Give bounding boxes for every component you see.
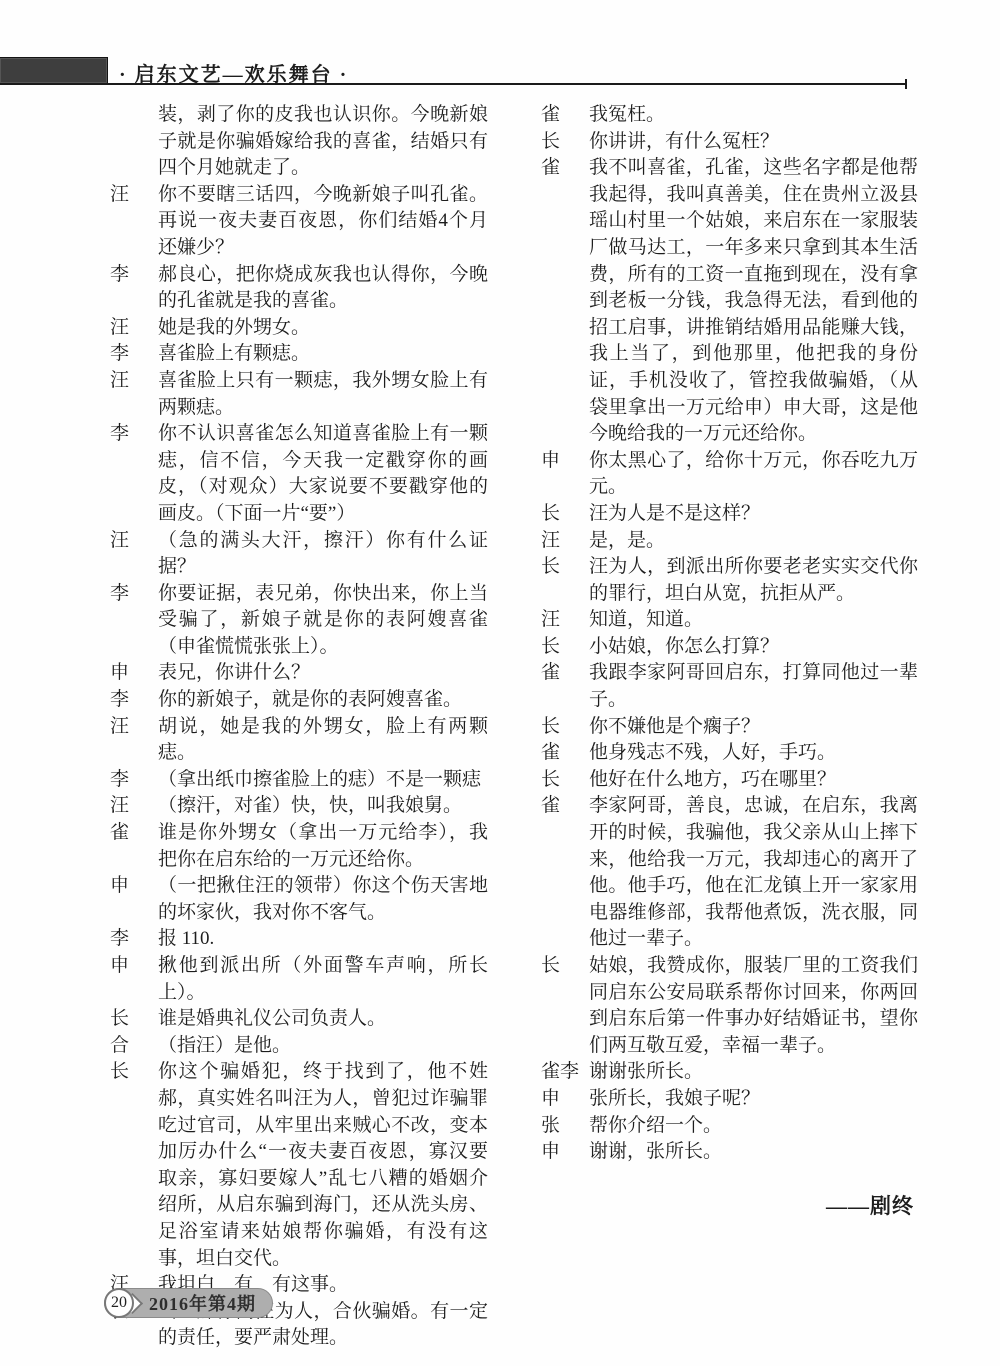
- speaker-label: 李: [110, 926, 158, 953]
- dialogue-line: 长 你不嫌他是个瘸子？: [541, 714, 918, 741]
- dialogue-text: 他好在什么地方，巧在哪里？: [589, 767, 918, 794]
- dialogue-line: 雀 他身残志不残，人好，手巧。: [541, 740, 918, 767]
- dialogue-line: 汪 是，是。: [541, 528, 918, 555]
- dialogue-text: 我跟李家阿哥回启东，打算同他过一辈子。: [589, 660, 918, 713]
- dialogue-text: 你不要瞎三话四，今晚新娘子叫孔雀。再说一夜夫妻百夜恩，你们结婚4个月还嫌少？: [158, 182, 488, 262]
- speaker-label: 雀李: [541, 1059, 589, 1086]
- speaker-label: 李: [110, 767, 158, 794]
- speaker-label: 汪: [541, 607, 589, 634]
- dialogue-text: 装，剥了你的皮我也认识你。今晚新娘子就是你骗婚嫁给我的喜雀，结婚只有四个月她就走…: [158, 102, 488, 182]
- dialogue-text: （一把揪住汪的领带）你这个伤天害地的坏家伙，我对你不客气。: [158, 873, 488, 926]
- speaker-label: 雀: [541, 102, 589, 129]
- dialogue-line: 雀李 谢谢张所长。: [541, 1059, 918, 1086]
- speaker-label: 长: [541, 501, 589, 528]
- dialogue-line: 汪 （擦汗，对雀）快，快，叫我娘舅。: [110, 793, 488, 820]
- dialogue-text: 我冤枉。: [589, 102, 918, 129]
- dialogue-line: 雀 我不叫喜雀，孔雀，这些名字都是他帮我起得，我叫真善美，住在贵州立汲县瑶山村里…: [541, 155, 918, 448]
- speaker-label: 申: [541, 448, 589, 475]
- speaker-label: 雀: [110, 820, 158, 847]
- speaker-label: 李: [110, 687, 158, 714]
- end-of-play-marker: ——剧终: [541, 1193, 918, 1220]
- dialogue-text: 张所长，我娘子呢？: [589, 1086, 918, 1113]
- dialogue-line: 汪 胡说，她是我的外甥女，脸上有两颗痣。: [110, 714, 488, 767]
- dialogue-text: 报 110.: [158, 926, 488, 953]
- script-column-right: 雀 我冤枉。 长 你讲讲，有什么冤枉？ 雀 我不叫喜雀，孔雀，这些名字都是他帮我…: [541, 102, 918, 1219]
- speaker-label: 张: [541, 1113, 589, 1140]
- magazine-page: · 启东文艺—欢乐舞台 · 装，剥了你的皮我也认识你。今晚新娘子就是你骗婚嫁给我…: [0, 0, 1000, 1366]
- dialogue-line: 申 谢谢，张所长。: [541, 1139, 918, 1166]
- dialogue-text: 表兄，你讲什么？: [158, 660, 488, 687]
- dialogue-line: 申 张所长，我娘子呢？: [541, 1086, 918, 1113]
- speaker-label: 长: [110, 1006, 158, 1033]
- dialogue-text: 谁是婚典礼仪公司负责人。: [158, 1006, 488, 1033]
- dialogue-line: 李 郝良心，把你烧成灰我也认得你，今晚的孔雀就是我的喜雀。: [110, 262, 488, 315]
- dialogue-text: 谁是你外甥女（拿出一万元给李），我把你在启东给的一万元还给你。: [158, 820, 488, 873]
- speaker-label: 汪: [541, 528, 589, 555]
- dialogue-line: 雀 我跟李家阿哥回启东，打算同他过一辈子。: [541, 660, 918, 713]
- speaker-label: 申: [110, 660, 158, 687]
- issue-label: 2016年第4期: [149, 1290, 256, 1316]
- dialogue-line: 长 你讲讲，有什么冤枉？: [541, 129, 918, 156]
- dialogue-text: 汪为人，到派出所你要老老实实交代你的罪行，坦白从宽，抗拒从严。: [589, 554, 918, 607]
- dialogue-text: 揪他到派出所（外面警车声响，所长上）。: [158, 953, 488, 1006]
- dialogue-line: 李 你的新娘子，就是你的表阿嫂喜雀。: [110, 687, 488, 714]
- dialogue-text: 帮你介绍一个。: [589, 1113, 918, 1140]
- dialogue-text: （指汪）是他。: [158, 1033, 488, 1060]
- dialogue-text: 胡说，她是我的外甥女，脸上有两颗痣。: [158, 714, 488, 767]
- dialogue-text: 她是我的外甥女。: [158, 315, 488, 342]
- dialogue-text: 谢谢，张所长。: [589, 1139, 918, 1166]
- speaker-label: 雀: [541, 660, 589, 687]
- dialogue-text: 是，是。: [589, 528, 918, 555]
- speaker-label: 合: [110, 1033, 158, 1060]
- dialogue-line: 长 你这个骗婚犯，终于找到了，他不姓郝，真实姓名叫汪为人，曾犯过诈骗罪吃过官司，…: [110, 1059, 488, 1272]
- speaker-label: 申: [541, 1139, 589, 1166]
- issue-pill: 20 2016年第4期: [104, 1288, 273, 1318]
- dialogue-text: 喜雀脸上只有一颗痣，我外甥女脸上有两颗痣。: [158, 368, 488, 421]
- dialogue-line: 李 你要证据，表兄弟，你快出来，你上当受骗了，新娘子就是你的表阿嫂喜雀（申雀慌慌…: [110, 581, 488, 661]
- dialogue-line: 长 小姑娘，你怎么打算？: [541, 634, 918, 661]
- speaker-label: 长: [541, 953, 589, 980]
- dialogue-text: 你讲讲，有什么冤枉？: [589, 129, 918, 156]
- speaker-label: 长: [541, 554, 589, 581]
- header-left-bar: [0, 57, 108, 83]
- dialogue-line: 汪 （急的满头大汗，擦汗）你有什么证据？: [110, 528, 488, 581]
- speaker-label: 申: [110, 873, 158, 900]
- dialogue-line: 汪 她是我的外甥女。: [110, 315, 488, 342]
- dialogue-line: 装，剥了你的皮我也认识你。今晚新娘子就是你骗婚嫁给我的喜雀，结婚只有四个月她就走…: [110, 102, 488, 182]
- speaker-label: 李: [110, 262, 158, 289]
- speaker-label: 汪: [110, 714, 158, 741]
- dialogue-text: 他身残志不残，人好，手巧。: [589, 740, 918, 767]
- speaker-label: 雀: [541, 793, 589, 820]
- speaker-label: 长: [541, 714, 589, 741]
- dialogue-line: 雀 李家阿哥，善良，忠诚，在启东，我离开的时候，我骗他，我父亲从山上摔下来，他给…: [541, 793, 918, 953]
- dialogue-line: 长 汪为人是不是这样？: [541, 501, 918, 528]
- speaker-label: 汪: [110, 315, 158, 342]
- dialogue-text: （擦汗，对雀）快，快，叫我娘舅。: [158, 793, 488, 820]
- speaker-label: 李: [110, 341, 158, 368]
- header-rule: [0, 83, 907, 85]
- dialogue-line: 申 （一把揪住汪的领带）你这个伤天害地的坏家伙，我对你不客气。: [110, 873, 488, 926]
- dialogue-text: （急的满头大汗，擦汗）你有什么证据？: [158, 528, 488, 581]
- dialogue-line: 长 谁是婚典礼仪公司负责人。: [110, 1006, 488, 1033]
- speaker-label: 汪: [110, 368, 158, 395]
- dialogue-line: 合 （指汪）是他。: [110, 1033, 488, 1060]
- dialogue-line: 张 帮你介绍一个。: [541, 1113, 918, 1140]
- dialogue-text: 知道，知道。: [589, 607, 918, 634]
- dialogue-text: 你太黑心了，给你十万元，你吞吃九万元。: [589, 448, 918, 501]
- dialogue-line: 申 表兄，你讲什么？: [110, 660, 488, 687]
- dialogue-line: 汪 喜雀脸上只有一颗痣，我外甥女脸上有两颗痣。: [110, 368, 488, 421]
- dialogue-text: 你的新娘子，就是你的表阿嫂喜雀。: [158, 687, 488, 714]
- speaker-label: 申: [110, 953, 158, 980]
- dialogue-line: 李 喜雀脸上有颗痣。: [110, 341, 488, 368]
- dialogue-text: 小姑娘，你怎么打算？: [589, 634, 918, 661]
- dialogue-line: 申 你太黑心了，给你十万元，你吞吃九万元。: [541, 448, 918, 501]
- dialogue-text: 郝良心，把你烧成灰我也认得你，今晚的孔雀就是我的喜雀。: [158, 262, 488, 315]
- dialogue-text: 谢谢张所长。: [589, 1059, 918, 1086]
- page-number-badge: 20: [104, 1288, 134, 1318]
- dialogue-text: 姑娘，我赞成你，服装厂里的工资我们同启东公安局联系帮你讨回来，你两回到启东后第一…: [589, 953, 918, 1059]
- dialogue-line: 雀 我冤枉。: [541, 102, 918, 129]
- dialogue-text: 你要证据，表兄弟，你快出来，你上当受骗了，新娘子就是你的表阿嫂喜雀（申雀慌慌张张…: [158, 581, 488, 661]
- dialogue-text: 我不叫喜雀，孔雀，这些名字都是他帮我起得，我叫真善美，住在贵州立汲县瑶山村里一个…: [589, 155, 918, 448]
- dialogue-text: 李家阿哥，善良，忠诚，在启东，我离开的时候，我骗他，我父亲从山上摔下来，他给我一…: [589, 793, 918, 953]
- dialogue-line: 长 姑娘，我赞成你，服装厂里的工资我们同启东公安局联系帮你讨回来，你两回到启东后…: [541, 953, 918, 1059]
- dialogue-line: 长 他好在什么地方，巧在哪里？: [541, 767, 918, 794]
- dialogue-text: （拿出纸巾擦雀脸上的痣）不是一颗痣: [158, 767, 488, 794]
- page-number: 20: [111, 1294, 127, 1312]
- dialogue-text: 喜雀脸上有颗痣。: [158, 341, 488, 368]
- script-column-left: 装，剥了你的皮我也认识你。今晚新娘子就是你骗婚嫁给我的喜雀，结婚只有四个月她就走…: [110, 102, 488, 1352]
- speaker-label: 李: [110, 581, 158, 608]
- speaker-label: 长: [541, 129, 589, 156]
- speaker-label: 汪: [110, 793, 158, 820]
- speaker-label: 长: [110, 1059, 158, 1086]
- dialogue-line: 李 （拿出纸巾擦雀脸上的痣）不是一颗痣: [110, 767, 488, 794]
- speaker-label: 长: [541, 767, 589, 794]
- dialogue-line: 汪 你不要瞎三话四，今晚新娘子叫孔雀。再说一夜夫妻百夜恩，你们结婚4个月还嫌少？: [110, 182, 488, 262]
- speaker-label: 雀: [541, 155, 589, 182]
- dialogue-text: 你不嫌他是个瘸子？: [589, 714, 918, 741]
- rule-end-tick: [905, 79, 907, 89]
- dialogue-text: 汪为人是不是这样？: [589, 501, 918, 528]
- speaker-label: 申: [541, 1086, 589, 1113]
- dialogue-line: 长 汪为人，到派出所你要老老实实交代你的罪行，坦白从宽，抗拒从严。: [541, 554, 918, 607]
- speaker-label: 李: [110, 421, 158, 448]
- dialogue-line: 李 报 110.: [110, 926, 488, 953]
- speaker-label: 汪: [110, 182, 158, 209]
- speaker-label: 汪: [110, 528, 158, 555]
- dialogue-line: 汪 知道，知道。: [541, 607, 918, 634]
- dialogue-line: 雀 谁是你外甥女（拿出一万元给李），我把你在启东给的一万元还给你。: [110, 820, 488, 873]
- dialogue-text: 你不认识喜雀怎么知道喜雀脸上有一颗痣，信不信，今天我一定戳穿你的画皮，（对观众）…: [158, 421, 488, 527]
- speaker-label: 雀: [541, 740, 589, 767]
- dialogue-text: 你这个骗婚犯，终于找到了，他不姓郝，真实姓名叫汪为人，曾犯过诈骗罪吃过官司，从牢…: [158, 1059, 488, 1272]
- dialogue-line: 李 你不认识喜雀怎么知道喜雀脸上有一颗痣，信不信，今天我一定戳穿你的画皮，（对观…: [110, 421, 488, 527]
- dialogue-line: 申 揪他到派出所（外面警车声响，所长上）。: [110, 953, 488, 1006]
- speaker-label: 长: [541, 634, 589, 661]
